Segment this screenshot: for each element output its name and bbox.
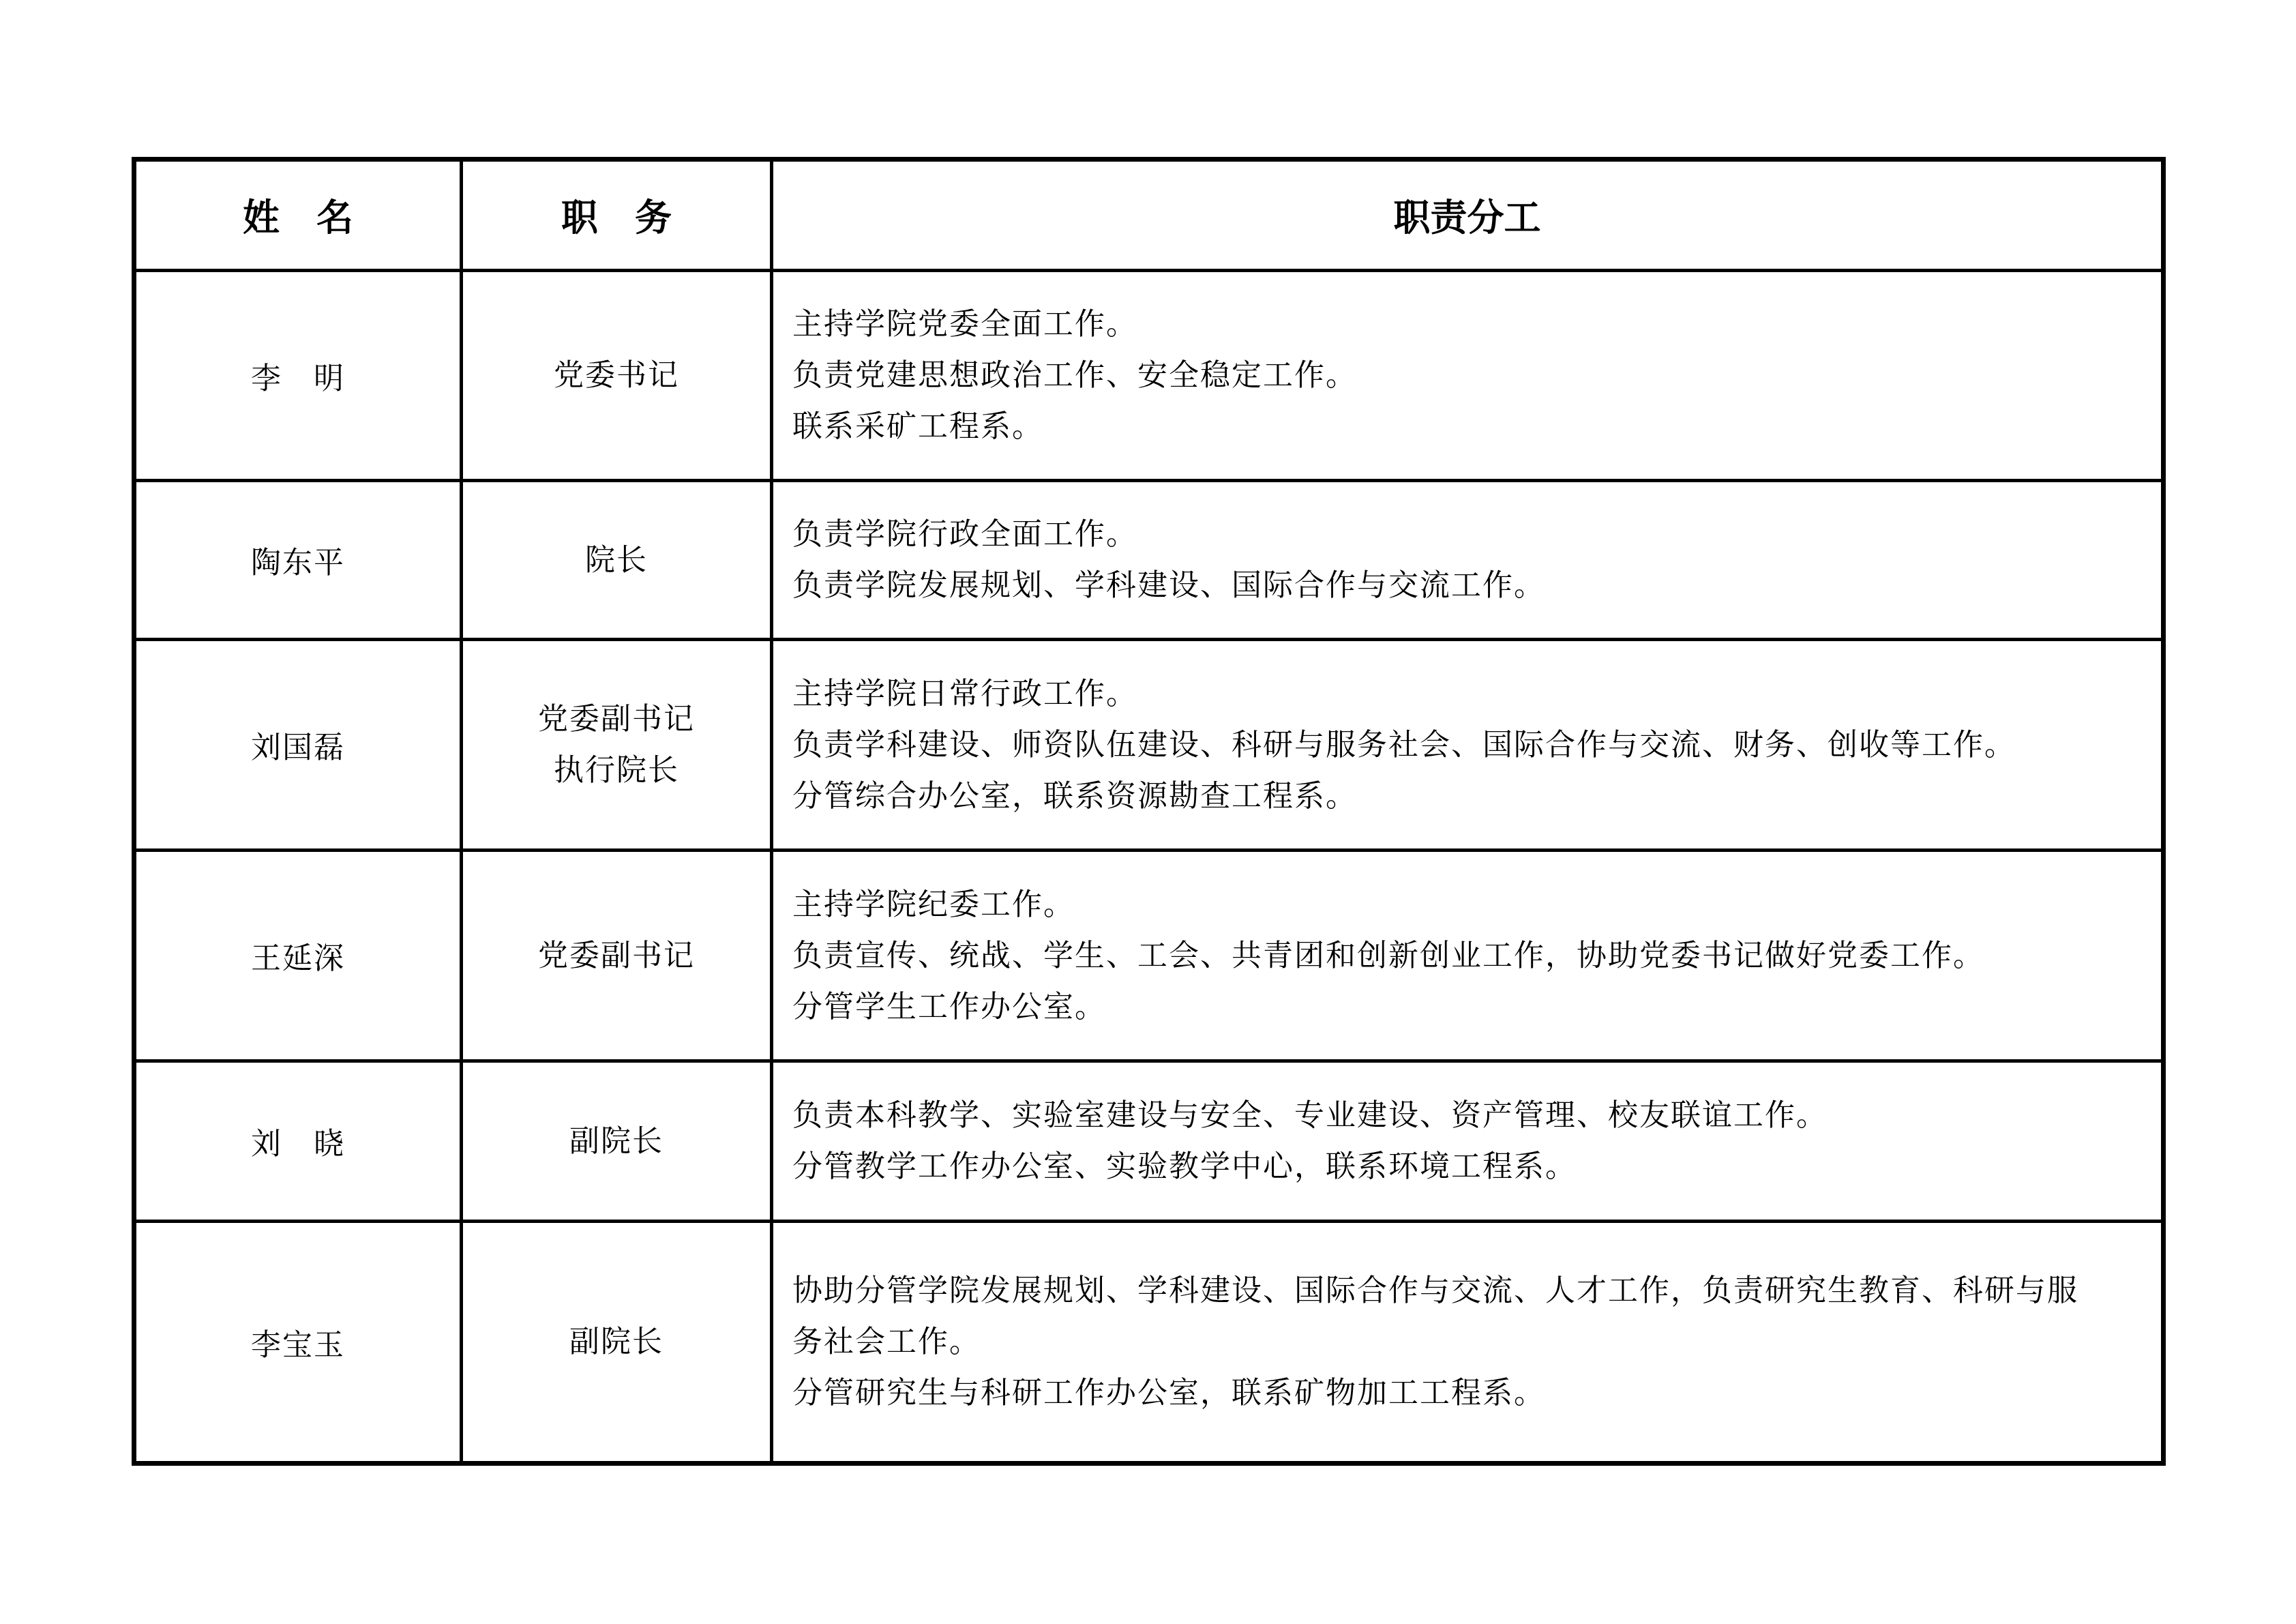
person-name: 王延深 — [251, 934, 345, 977]
duty-line: 分管综合办公室，联系资源勘查工程系。 — [792, 771, 1357, 822]
duty-line: 分管教学工作办公室、实验教学中心，联系环境工程系。 — [792, 1141, 1577, 1192]
position-line: 党委书记 — [554, 350, 679, 401]
table-row: 王延深 党委副书记 主持学院纪委工作。 负责宣传、统战、学生、工会、共青团和创新… — [136, 848, 2161, 1059]
header-duties: 职责分工 — [773, 162, 2161, 269]
header-duties-label: 职责分工 — [1394, 189, 1541, 241]
position-cell: 党委副书记 执行院长 — [463, 641, 773, 848]
duty-line: 负责学科建设、师资队伍建设、科研与服务社会、国际合作与交流、财务、创收等工作。 — [792, 720, 2016, 771]
name-cell: 王延深 — [136, 852, 463, 1059]
position-line: 副院长 — [569, 1316, 664, 1368]
duty-line: 协助分管学院发展规划、学科建设、国际合作与交流、人才工作，负责研究生教育、科研与… — [792, 1265, 2078, 1316]
header-name: 姓 名 — [136, 162, 463, 269]
responsibility-table: 姓 名 职 务 职责分工 李 明 党委书记 主持学院党委全面工作。 负责党建思想… — [132, 157, 2166, 1466]
person-name: 陶东平 — [251, 538, 345, 582]
name-cell: 李 明 — [136, 272, 463, 479]
position-cell: 院长 — [463, 482, 773, 638]
duty-line: 负责学院发展规划、学科建设、国际合作与交流工作。 — [792, 560, 1545, 611]
duties-cell: 负责学院行政全面工作。 负责学院发展规划、学科建设、国际合作与交流工作。 — [773, 482, 2161, 638]
name-cell: 李宝玉 — [136, 1223, 463, 1461]
duty-line: 主持学院纪委工作。 — [792, 879, 1075, 930]
table-row: 李宝玉 副院长 协助分管学院发展规划、学科建设、国际合作与交流、人才工作，负责研… — [136, 1220, 2161, 1461]
duty-line: 负责宣传、统战、学生、工会、共青团和创新创业工作，协助党委书记做好党委工作。 — [792, 930, 1984, 981]
person-name: 刘国磊 — [251, 723, 345, 767]
duty-line: 主持学院日常行政工作。 — [792, 668, 1137, 720]
duties-cell: 主持学院党委全面工作。 负责党建思想政治工作、安全稳定工作。 联系采矿工程系。 — [773, 272, 2161, 479]
person-name: 刘 晓 — [251, 1119, 345, 1163]
header-position: 职 务 — [463, 162, 773, 269]
duty-line: 联系采矿工程系。 — [792, 401, 1043, 452]
name-cell: 刘 晓 — [136, 1063, 463, 1220]
header-name-label: 姓 名 — [243, 189, 353, 241]
position-line: 党委副书记 — [538, 930, 695, 981]
duty-line: 负责本科教学、实验室建设与安全、专业建设、资产管理、校友联谊工作。 — [792, 1090, 1828, 1141]
position-line: 执行院长 — [554, 745, 679, 796]
duty-line: 负责学院行政全面工作。 — [792, 509, 1137, 560]
position-line: 副院长 — [569, 1116, 664, 1167]
position-cell: 党委书记 — [463, 272, 773, 479]
duty-line: 负责党建思想政治工作、安全稳定工作。 — [792, 350, 1357, 401]
duty-line: 务社会工作。 — [792, 1316, 981, 1368]
duties-cell: 主持学院纪委工作。 负责宣传、统战、学生、工会、共青团和创新创业工作，协助党委书… — [773, 852, 2161, 1059]
duties-cell: 协助分管学院发展规划、学科建设、国际合作与交流、人才工作，负责研究生教育、科研与… — [773, 1223, 2161, 1461]
table-row: 陶东平 院长 负责学院行政全面工作。 负责学院发展规划、学科建设、国际合作与交流… — [136, 479, 2161, 638]
position-line: 党委副书记 — [538, 694, 695, 745]
position-cell: 副院长 — [463, 1223, 773, 1461]
duty-line: 分管学生工作办公室。 — [792, 981, 1106, 1033]
header-position-label: 职 务 — [561, 189, 672, 241]
duties-cell: 主持学院日常行政工作。 负责学科建设、师资队伍建设、科研与服务社会、国际合作与交… — [773, 641, 2161, 848]
person-name: 李 明 — [251, 354, 345, 398]
table-header-row: 姓 名 职 务 职责分工 — [136, 162, 2161, 269]
position-line: 院长 — [585, 535, 648, 586]
duties-cell: 负责本科教学、实验室建设与安全、专业建设、资产管理、校友联谊工作。 分管教学工作… — [773, 1063, 2161, 1220]
name-cell: 陶东平 — [136, 482, 463, 638]
position-cell: 副院长 — [463, 1063, 773, 1220]
position-cell: 党委副书记 — [463, 852, 773, 1059]
table-row: 刘 晓 副院长 负责本科教学、实验室建设与安全、专业建设、资产管理、校友联谊工作… — [136, 1059, 2161, 1220]
duty-line: 分管研究生与科研工作办公室，联系矿物加工工程系。 — [792, 1368, 1545, 1419]
table-row: 刘国磊 党委副书记 执行院长 主持学院日常行政工作。 负责学科建设、师资队伍建设… — [136, 638, 2161, 848]
person-name: 李宝玉 — [251, 1320, 345, 1364]
table-row: 李 明 党委书记 主持学院党委全面工作。 负责党建思想政治工作、安全稳定工作。 … — [136, 269, 2161, 479]
name-cell: 刘国磊 — [136, 641, 463, 848]
duty-line: 主持学院党委全面工作。 — [792, 299, 1137, 350]
